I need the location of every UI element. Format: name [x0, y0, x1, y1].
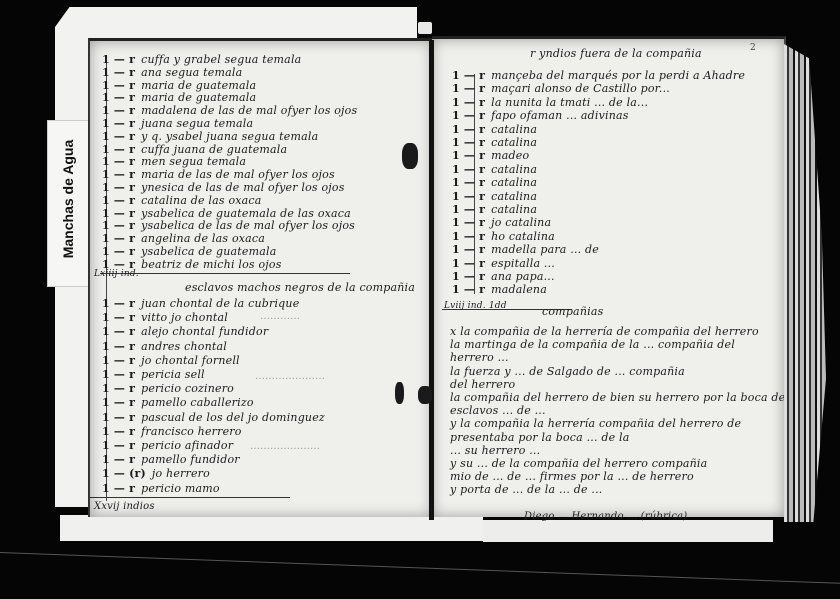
tally-mark: 1 — r: [102, 396, 135, 409]
entry-line: 1 — rangelina de las oxaca: [102, 232, 265, 245]
tally-mark: 1 — r: [102, 425, 135, 438]
tally-mark: 1 — r: [102, 79, 135, 92]
entry-line: 1 — rjuan chontal de la cubrique: [102, 297, 299, 310]
entry-text: madalena de las de mal ofyer los ojos: [141, 104, 357, 117]
entry-text: ysabelica de guatemala: [141, 245, 276, 258]
tally-mark: 1 — r: [102, 104, 135, 117]
entry-text: juana segua temala: [141, 117, 253, 130]
entry-text: ysabelica de las de mal ofyer los ojos: [141, 219, 355, 232]
tally-mark: 1 — r: [102, 482, 135, 495]
tally-mark: 1 — r: [102, 181, 135, 194]
entry-line: 1 — rmen segua temala: [102, 155, 246, 168]
tally-mark: 1 — (r): [102, 467, 146, 480]
water-stain-label: Manchas de Agua: [60, 119, 76, 279]
tally-mark: 1 — r: [102, 143, 135, 156]
tally-mark: 1 — r: [102, 194, 135, 207]
tally-mark: 1 — r: [102, 297, 135, 310]
entry-text: beatriz de michi los ojos: [141, 258, 281, 271]
entry-line: 1 — randres chontal: [102, 340, 227, 353]
entry-line: 1 — rpericia sell: [102, 368, 205, 381]
tally-mark: 1 — r: [102, 219, 135, 232]
entry-text: pascual de los del jo dominguez: [141, 411, 325, 424]
entry-line: y su ... de la compañia del herrero comp…: [450, 457, 707, 470]
entry-text: francisco herrero: [141, 425, 241, 438]
tally-mark: 1 — r: [102, 325, 135, 338]
entry-text: andres chontal: [141, 340, 227, 353]
tally-mark: 1 — r: [102, 207, 135, 220]
tally-mark: 1 — r: [102, 453, 135, 466]
entry-line: 1 — rpamello fundidor: [102, 453, 240, 466]
tally-mark: 1 — r: [102, 382, 135, 395]
entry-line: esclavos ... de ...: [450, 404, 546, 417]
entry-text: jo chontal fornell: [141, 354, 240, 367]
scanner-baseline: [0, 552, 840, 586]
entry-text: maria de guatemala: [141, 79, 256, 92]
bottom-sheet-left: [60, 515, 483, 541]
entry-text: ana segua temala: [141, 66, 242, 79]
entry-line: 1 — ry q. ysabel juana segua temala: [102, 130, 318, 143]
entry-line: y la compañia la herrería compañia del h…: [450, 417, 741, 430]
entry-line: 1 — rynesica de las de mal ofyer los ojo…: [102, 181, 345, 194]
footer-divider: [90, 497, 290, 498]
entry-line: mio de ... de ... firmes por la ... de h…: [450, 470, 694, 483]
entry-text: maria de guatemala: [141, 91, 256, 104]
tally-mark: 1 — r: [102, 411, 135, 424]
tally-mark: 1 — r: [102, 368, 135, 381]
entry-text: pericia sell: [141, 368, 205, 381]
entry-line: y porta de ... de la ... de ...: [450, 483, 603, 496]
entry-line: 1 — rfrancisco herrero: [102, 425, 242, 438]
tally-mark: 1 — r: [102, 66, 135, 79]
bottom-sheet-right: [483, 520, 773, 542]
entry-line: 1 — rysabelica de guatemala de las oxaca: [102, 207, 351, 220]
tally-mark: 1 — r: [102, 354, 135, 367]
entry-line: 1 — rpamello caballerizo: [102, 396, 254, 409]
left-page: 1 — rcuffa y grabel segua temala1 — rana…: [88, 38, 432, 517]
entry-line: 1 — rpascual de los del jo dominguez: [102, 411, 325, 424]
entry-text: pericio mamo: [141, 482, 220, 495]
right-page-paragraphs: x la compañia de la herrería de compañia…: [432, 39, 784, 517]
tally-mark: 1 — r: [102, 439, 135, 452]
entry-line: 1 — rysabelica de las de mal ofyer los o…: [102, 219, 355, 232]
entry-line: presentaba por la boca ... de la: [450, 431, 630, 444]
entry-line: 1 — ralejo chontal fundidor: [102, 325, 268, 338]
entry-line: 1 — rcatalina de las oxaca: [102, 194, 262, 207]
entry-text: cuffa y grabel segua temala: [141, 53, 301, 66]
tally-mark: 1 — r: [102, 91, 135, 104]
entry-line: la martinga de la compañia de la ... com…: [450, 338, 735, 351]
tally-mark: 1 — r: [102, 130, 135, 143]
tally-mark: 1 — r: [102, 245, 135, 258]
entry-line: 1 — (r)jo herrero: [102, 467, 210, 480]
book-gutter: [429, 40, 434, 520]
entry-line: la compañia del herrero de bien su herre…: [450, 391, 805, 404]
entry-line: 1 — rjo chontal fornell: [102, 354, 240, 367]
entry-text: pamello caballerizo: [141, 396, 254, 409]
entry-line: 1 — rmaria de guatemala: [102, 91, 256, 104]
entry-text: vitto jo chontal: [141, 311, 228, 324]
entry-text: alejo chontal fundidor: [141, 325, 268, 338]
entry-line: la fuerza y ... de Salgado de ... compañ…: [450, 365, 685, 378]
entry-text: pericio cozinero: [141, 382, 234, 395]
entry-text: men segua temala: [141, 155, 246, 168]
entry-text: pericio afinador: [141, 439, 233, 452]
entry-text: catalina de las oxaca: [141, 194, 261, 207]
entry-text: y q. ysabel juana segua temala: [141, 130, 318, 143]
entry-line: 1 — rpericio cozinero: [102, 382, 234, 395]
tally-mark: 1 — r: [102, 340, 135, 353]
left-section-header: esclavos machos negros de la compañia: [185, 281, 415, 294]
entry-text: maria de las de mal ofyer los ojos: [141, 168, 335, 181]
entry-line: 1 — rmadalena de las de mal ofyer los oj…: [102, 104, 357, 117]
backing-tab: [418, 22, 432, 34]
ink-stain: [418, 386, 432, 404]
signature: Diego ... Hernando ... (rúbrica): [524, 511, 687, 522]
ink-stain: [395, 382, 404, 404]
entry-text: juan chontal de la cubrique: [141, 297, 299, 310]
tally-mark: 1 — r: [102, 232, 135, 245]
entry-line: ... su herrero ...: [450, 444, 540, 457]
tally-mark: 1 — r: [102, 53, 135, 66]
entry-line: 1 — rana segua temala: [102, 66, 242, 79]
ink-stain: [402, 143, 418, 169]
entry-line: 1 — rjuana segua temala: [102, 117, 253, 130]
water-stain-label-card: Manchas de Agua: [47, 120, 89, 287]
entry-line: herrero ...: [450, 351, 509, 364]
entry-text: cuffa juana de guatemala: [141, 143, 287, 156]
entry-line: 1 — rvitto jo chontal: [102, 311, 228, 324]
entry-line: 1 — rpericio mamo: [102, 482, 220, 495]
left-page-footer: Xxvij indios: [94, 501, 155, 512]
page-edges: [784, 44, 826, 522]
entry-line: 1 — rmaria de las de mal ofyer los ojos: [102, 168, 335, 181]
entry-line: 1 — rcuffa y grabel segua temala: [102, 53, 301, 66]
entry-line: 1 — rpericio afinador: [102, 439, 233, 452]
entry-line: 1 — rmaria de guatemala: [102, 79, 256, 92]
entry-text: jo herrero: [152, 467, 210, 480]
entry-line: del herrero: [450, 378, 515, 391]
left-section-margin: Lxiiij ind.: [94, 269, 139, 279]
entry-line: 1 — rcuffa juana de guatemala: [102, 143, 287, 156]
right-page: 2 r yndios fuera de la compañia 1 — rman…: [432, 36, 786, 517]
entry-text: pamello fundidor: [141, 453, 240, 466]
entry-text: angelina de las oxaca: [141, 232, 265, 245]
entry-line: x la compañia de la herrería de compañia…: [450, 325, 759, 338]
entry-text: ysabelica de guatemala de las oxaca: [141, 207, 351, 220]
tally-mark: 1 — r: [102, 168, 135, 181]
tally-mark: 1 — r: [102, 117, 135, 130]
entry-line: 1 — rysabelica de guatemala: [102, 245, 276, 258]
tally-mark: 1 — r: [102, 311, 135, 324]
tally-mark: 1 — r: [102, 155, 135, 168]
entry-text: ynesica de las de mal ofyer los ojos: [141, 181, 344, 194]
